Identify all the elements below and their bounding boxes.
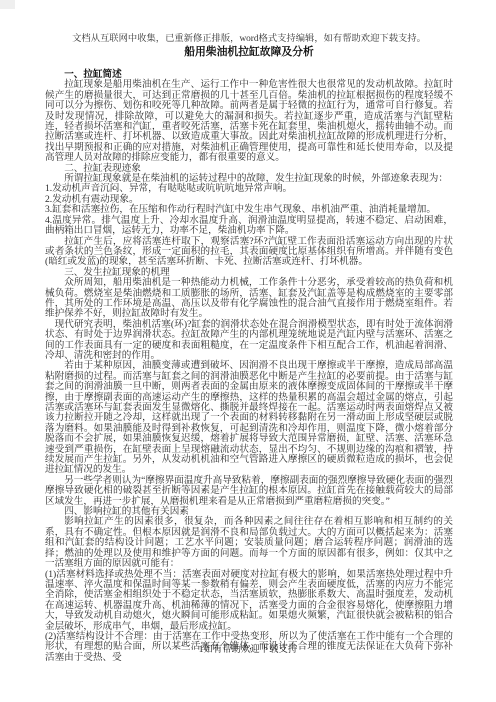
document-column: 文档从互联网中收集，已重新修正排版，word格式支持编辑，如有帮助欢迎下载支持。… <box>45 34 453 663</box>
page-footer: 1如有帮助欢迎下载支持 <box>0 645 496 656</box>
paragraph: 另一些学者则认为“摩擦界面温度升高导致粘着，摩擦副表面的强烈摩擦导致硬化表面的强… <box>45 476 453 507</box>
paragraph: 4.温度异常。排气温度上升、冷却水温度升高、润滑油温度明显提高，转速不稳定、启动… <box>45 216 453 237</box>
paragraph: 若由于某种原因，油膜变薄或遭到破坏、因润滑不良出现干摩擦或半干摩擦，造成局部高温… <box>45 361 453 475</box>
header-note: 文档从互联网中收集，已重新修正排版，word格式支持编辑，如有帮助欢迎下载支持。 <box>45 34 453 45</box>
paragraph: (1)活塞材料选择或热处理不当：活塞表面对硬度对拉缸有极大的影响，如果活塞热处理… <box>45 570 453 632</box>
paragraph: 影响拉缸产生的因素很多，很复杂，而各种因素之间往往存在着相互影响和相互制约的关系… <box>45 517 453 569</box>
paragraph: 拉缸产生后，应将活塞连杆取下，观察活塞?环?汽缸壁工作表面沿活塞运动方向出现的片… <box>45 237 453 268</box>
paragraph: 拉缸现象是船用柴油机在生产、运行工作中一种危害性很大也很常见的发动机故障。拉缸时… <box>45 80 453 163</box>
paragraph: 众所周知，船用柴油机是一种热能动力机械，工作条件十分恶劣，承受着较高的热负荷和机… <box>45 278 453 320</box>
document-title: 船用柴油机拉缸故障及分析 <box>45 46 453 59</box>
document-body: 一、拉缸简述拉缸现象是船用柴油机在生产、运行工作中一种危害性很大也很常见的发动机… <box>45 70 453 663</box>
corner-artifact <box>0 0 15 9</box>
paragraph: 现代研究表明，柴油机活塞(环)?缸套的润滑状态处在混合润滑模型状态，即有时处于流… <box>45 320 453 362</box>
document-page: 文档从互联网中收集，已重新修正排版，word格式支持编辑，如有帮助欢迎下载支持。… <box>0 0 496 702</box>
